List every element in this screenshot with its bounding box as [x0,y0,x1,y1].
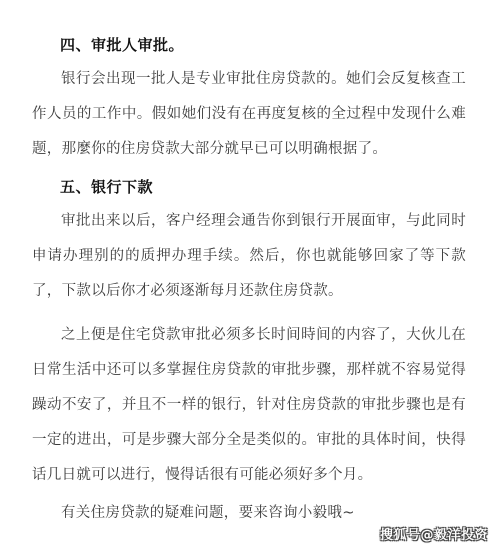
section-heading-disbursement: 五、银行下款 [60,176,153,197]
section-heading-approval: 四、审批人审批。 [60,34,184,55]
paragraph-summary: 之上便是住宅贷款审批必须多长时间時间的内容了，大伙儿在日常生活中还可以多掌握住房… [32,318,466,493]
paragraph-disbursement: 审批出来以后，客户经理会通告你到银行开展面审，与此同时申请办理别的的质押办理手续… [32,204,466,309]
paragraph-approval: 银行会出现一批人是专业审批住房贷款的。她们会反复核查工作人员的工作中。假如她们没… [32,62,466,167]
watermark: 搜狐号@毅洋投资 [380,524,488,543]
